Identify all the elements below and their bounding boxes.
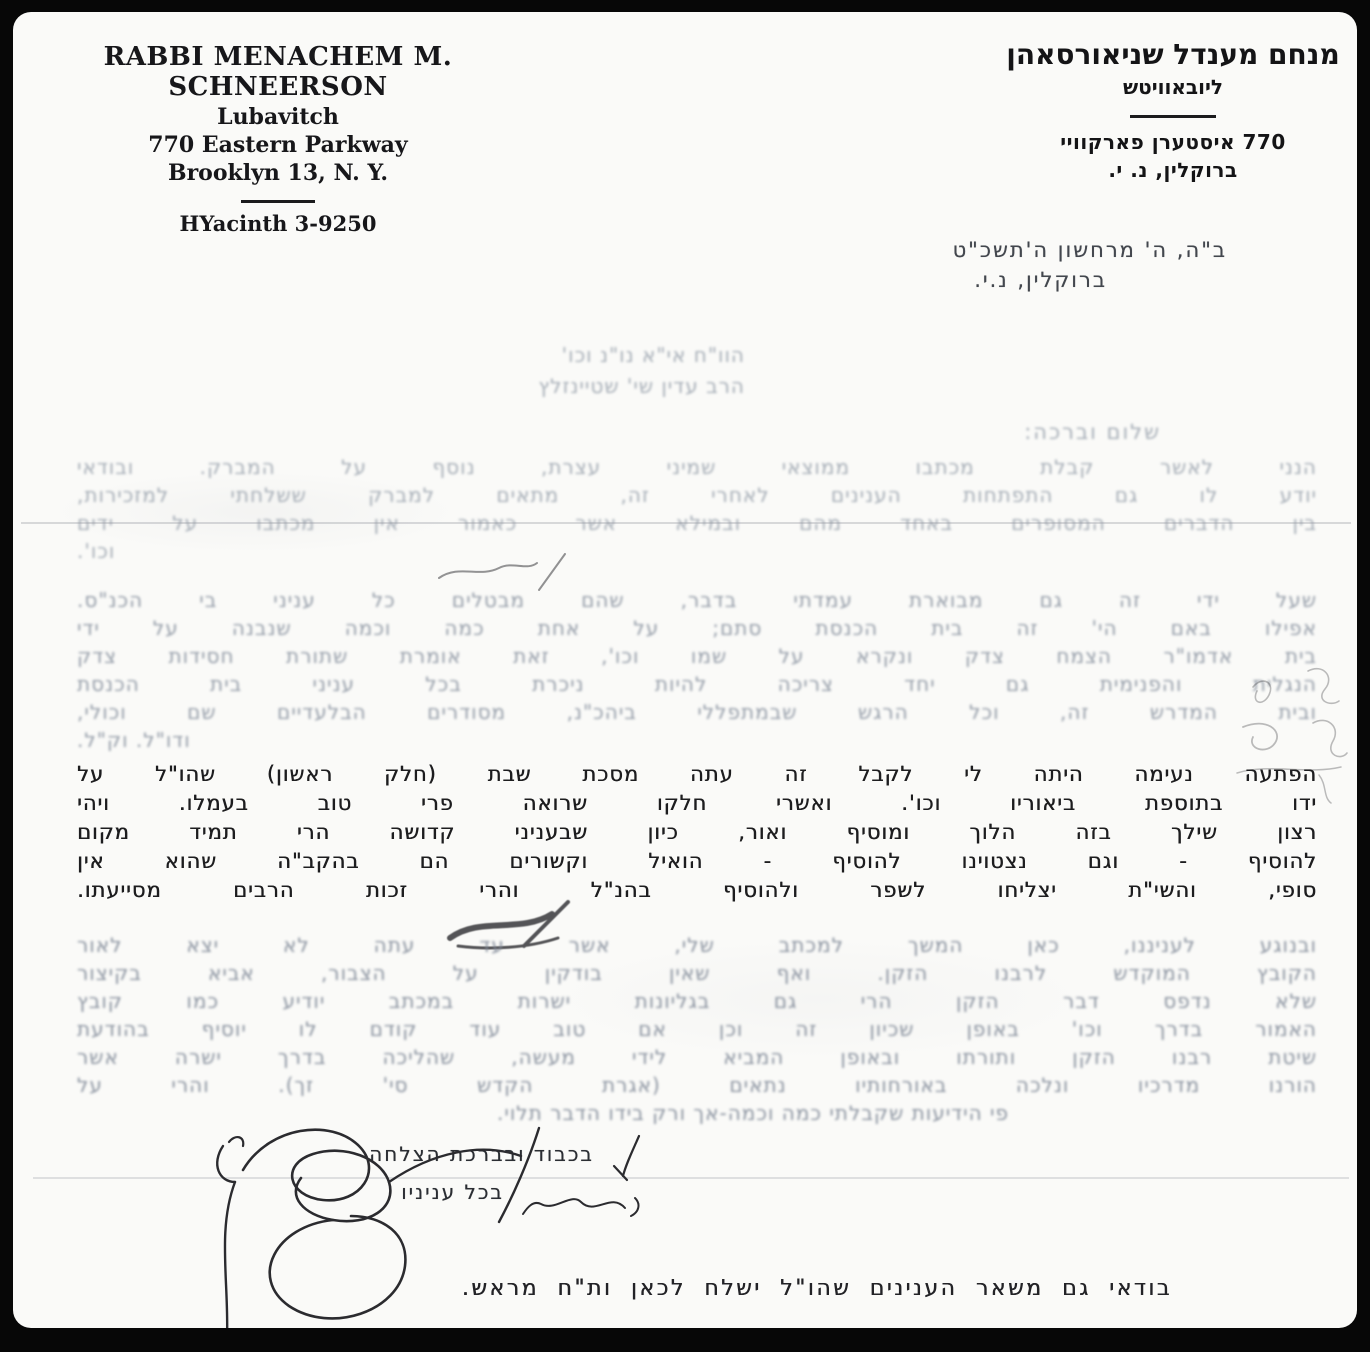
paragraph-3-line: הורנו מדרכיו ונלכה באורחותיו נתאים (אגרת…: [77, 1073, 1317, 1101]
paragraph-2-line: ובית המדרש זה, וכל הרגש שבמתפללי ביהכ"נ,…: [77, 700, 1317, 728]
dateline-city: ברוקלין, נ.י.: [974, 268, 1107, 292]
paragraph-1-line: בין הדברים המסופרים באחד מהם ובמילא אשר …: [77, 511, 1317, 539]
paragraph-2-tail: ודו"ל. וק"ל.: [77, 728, 1317, 756]
paragraph-1-faded: הנני לאשר קבלת מכתבו ממוצאי שמיני עצרת, …: [77, 455, 1317, 567]
paragraph-main-line: להוסיף - וגם נצטוינו להוסיף - הואיל וקשו…: [77, 847, 1317, 876]
paragraph-2-line: הנגלית והפנימית גם יחד צריכה להיות ניכרת…: [77, 672, 1317, 700]
paragraph-3-line: הקובץ המוקדש לרבנו הזקן. ואף שאין בודקין…: [77, 961, 1317, 989]
paragraph-1-line: הנני לאשר קבלת מכתבו ממוצאי שמיני עצרת, …: [77, 455, 1317, 483]
addressee-block: הוו"ח אי"א נו"נ וכו' הרב עדין שי' שטיינז…: [538, 340, 745, 402]
paragraph-3-line: שיטת רבנו הזקן ותורתו ובאופן המביא לידי …: [77, 1045, 1317, 1073]
paragraph-2-faded: שעל ידי זה גם מבוארת עמדתי בדבר, שהם מבט…: [77, 588, 1317, 756]
letterhead-org-he: ליובאוויטש: [998, 75, 1348, 99]
letterhead-english: RABBI MENACHEM M. SCHNEERSON Lubavitch 7…: [43, 42, 513, 236]
letterhead-hebrew: מנחם מענדל שניאורסאהן ליובאוויטש 770 איס…: [998, 38, 1348, 182]
letter-page: RABBI MENACHEM M. SCHNEERSON Lubavitch 7…: [13, 12, 1357, 1328]
letterhead-name-en: RABBI MENACHEM M. SCHNEERSON: [43, 42, 513, 102]
paragraph-1-line: יודע לו גם התפתחות הענינים לאחרי זה, מתא…: [77, 483, 1317, 511]
paragraph-3-faded: ובנוגע לעניננו, כאן המשך למכתב שלי, אשר …: [77, 933, 1317, 1129]
letterhead-phone: HYacinth 3-9250: [43, 211, 513, 236]
addressee-name: הרב עדין שי' שטיינזלץ: [538, 371, 745, 402]
letterhead-address1-en: 770 Eastern Parkway: [43, 132, 513, 158]
paragraph-main-line: הפתעה נעימה היתה לי לקבל זה עתה מסכת שבת…: [77, 760, 1317, 789]
postscript-line: בודאי גם משאר הענינים שהו"ל ישלח לכאן ות…: [462, 1276, 1172, 1301]
paragraph-main: הפתעה נעימה היתה לי לקבל זה עתה מסכת שבת…: [77, 760, 1317, 905]
addressee-honorific: הוו"ח אי"א נו"נ וכו': [538, 340, 745, 371]
paragraph-3-line: האמור בדרך וכו' באופן שכיון זה וכן אם טו…: [77, 1017, 1317, 1045]
greeting-line: שלום וברכה:: [1024, 420, 1161, 444]
paragraph-2-line: אפילו באם הי' זה בית הכנסת סתם; על אחת כ…: [77, 616, 1317, 644]
scan-artifact-line: [21, 522, 1351, 524]
scanned-letter-frame: RABBI MENACHEM M. SCHNEERSON Lubavitch 7…: [0, 0, 1370, 1352]
letterhead-divider-en: [241, 200, 315, 203]
letterhead-address2-he: ברוקלין, נ. י.: [998, 158, 1348, 182]
letterhead-divider-he: [1130, 115, 1216, 118]
paragraph-3-line: ובנוגע לעניננו, כאן המשך למכתב שלי, אשר …: [77, 933, 1317, 961]
dateline-hebrew-date: ב"ה, ה' מרחשון ה'תשכ"ט: [953, 238, 1227, 262]
letterhead-name-he: מנחם מענדל שניאורסאהן: [998, 38, 1348, 71]
paragraph-1-tail: וכו'.: [77, 539, 1317, 567]
paragraph-2-line: שעל ידי זה גם מבוארת עמדתי בדבר, שהם מבט…: [77, 588, 1317, 616]
paragraph-main-line: ידו בתוספת ביאוריו וכו'. ואשרי חלקו שרוא…: [77, 789, 1317, 818]
paragraph-3-line: שלא נדפס דבר הזקן הרי גם בגליונות ישרות …: [77, 989, 1317, 1017]
letterhead-address1-he: 770 איסטערן פארקוויי: [998, 130, 1348, 154]
letterhead-address2-en: Brooklyn 13, N. Y.: [43, 160, 513, 186]
paragraph-2-line: בית אדמו"ר הצמח צדק ונקרא על שמו וכו', ז…: [77, 644, 1317, 672]
paragraph-main-line: רצון שילך בזה הלוך ומוסיף ואור, כיון שבע…: [77, 818, 1317, 847]
letterhead-org-en: Lubavitch: [43, 104, 513, 130]
paragraph-main-line: סופי, והשי"ת יצליחו לשפר ולהוסיף בהנ"ל ו…: [77, 876, 1317, 905]
